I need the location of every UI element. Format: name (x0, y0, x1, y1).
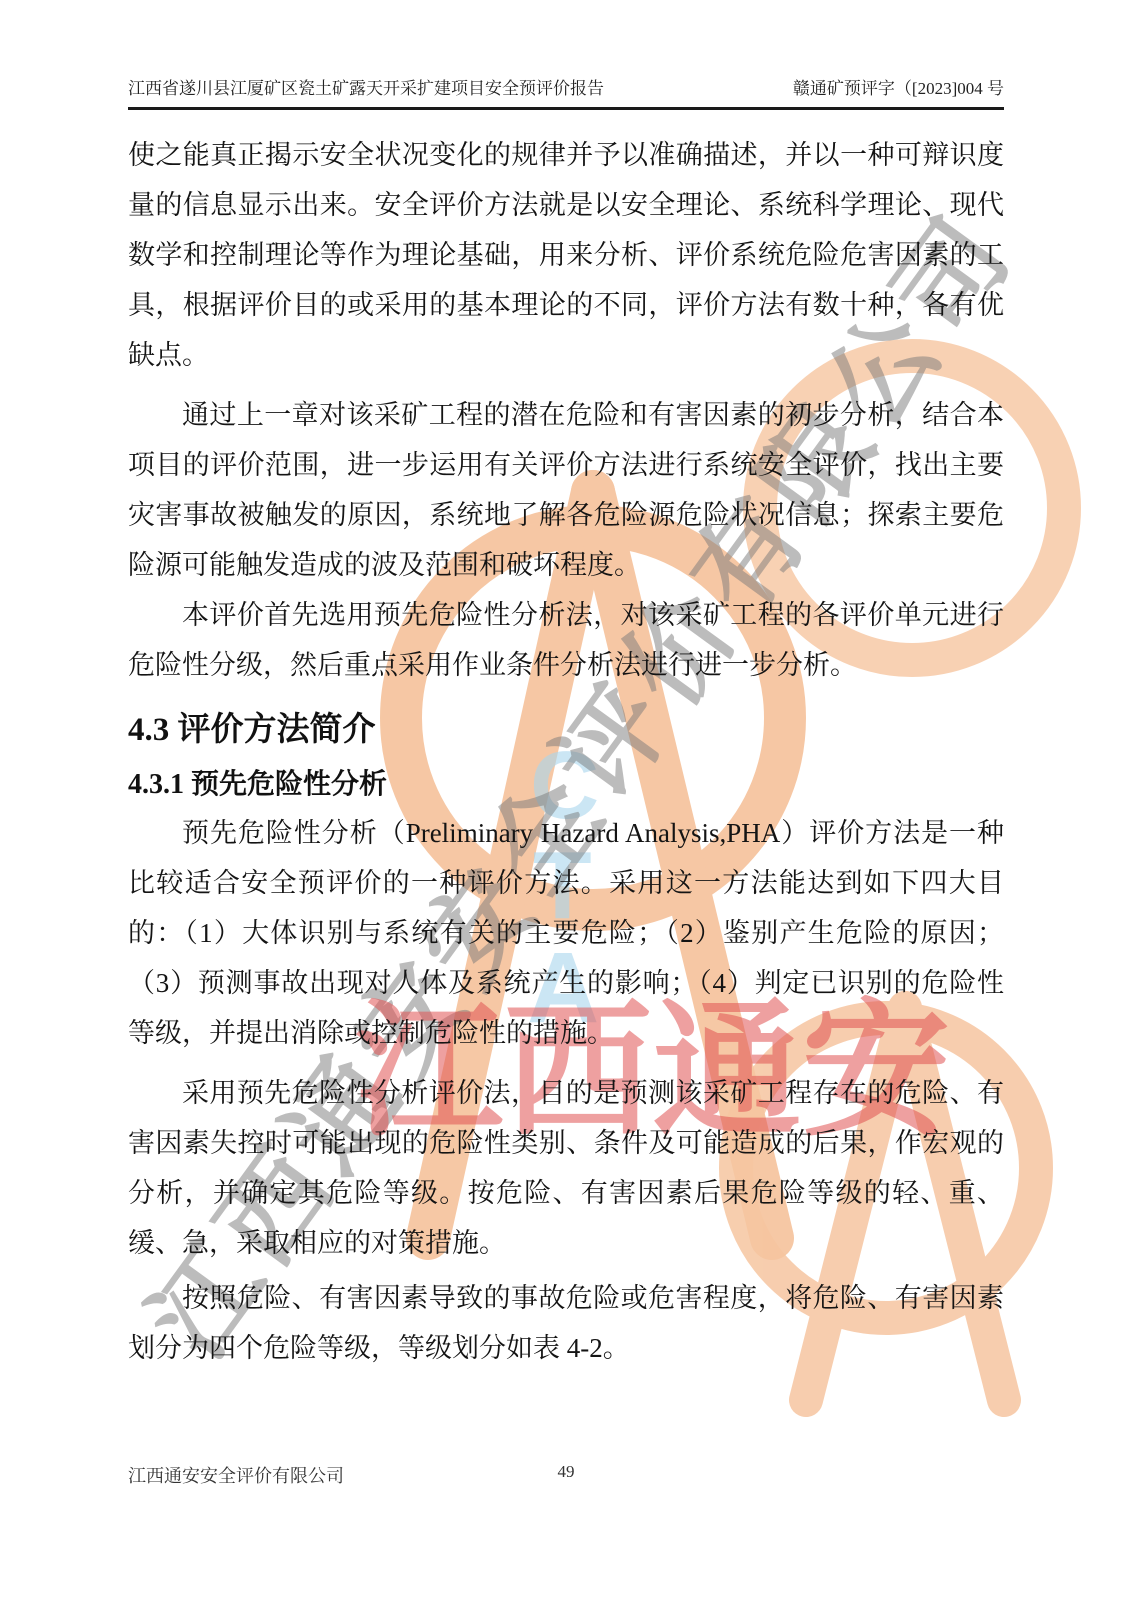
page-number: 49 (558, 1462, 575, 1482)
body-paragraph-1: 使之能真正揭示安全状况变化的规律并予以准确描述，并以一种可辩识度量的信息显示出来… (128, 130, 1004, 380)
document-page: C T A 江西通安安全评价有限公司 江西通安 江西省遂川县江厦矿区瓷土矿露天开… (0, 0, 1131, 1600)
body-paragraph-4: 预先危险性分析（Preliminary Hazard Analysis,PHA）… (128, 808, 1004, 1058)
document-body: 使之能真正揭示安全状况变化的规律并予以准确描述，并以一种可辩识度量的信息显示出来… (128, 130, 1004, 1373)
header-report-title: 江西省遂川县江厦矿区瓷土矿露天开采扩建项目安全预评价报告 (128, 74, 604, 99)
page-header: 江西省遂川县江厦矿区瓷土矿露天开采扩建项目安全预评价报告 赣通矿预评字（[202… (128, 74, 1004, 110)
footer-company-name: 江西通安安全评价有限公司 (128, 1466, 344, 1486)
body-paragraph-3: 本评价首先选用预先危险性分析法，对该采矿工程的各评价单元进行危险性分级，然后重点… (128, 590, 1004, 690)
section-heading-4-3: 4.3 评价方法简介 (128, 708, 1004, 752)
body-paragraph-2: 通过上一章对该采矿工程的潜在危险和有害因素的初步分析，结合本项目的评价范围，进一… (128, 390, 1004, 590)
body-paragraph-6: 按照危险、有害因素导致的事故危险或危害程度，将危险、有害因素划分为四个危险等级，… (128, 1273, 1004, 1373)
subsection-heading-4-3-1: 4.3.1 预先危险性分析 (128, 766, 1004, 804)
page-footer: 江西通安安全评价有限公司 49 (128, 1462, 1004, 1488)
body-paragraph-5: 采用预先危险性分析评价法，目的是预测该采矿工程存在的危险、有害因素失控时可能出现… (128, 1068, 1004, 1268)
header-doc-number: 赣通矿预评字（[2023]004 号 (793, 74, 1004, 99)
